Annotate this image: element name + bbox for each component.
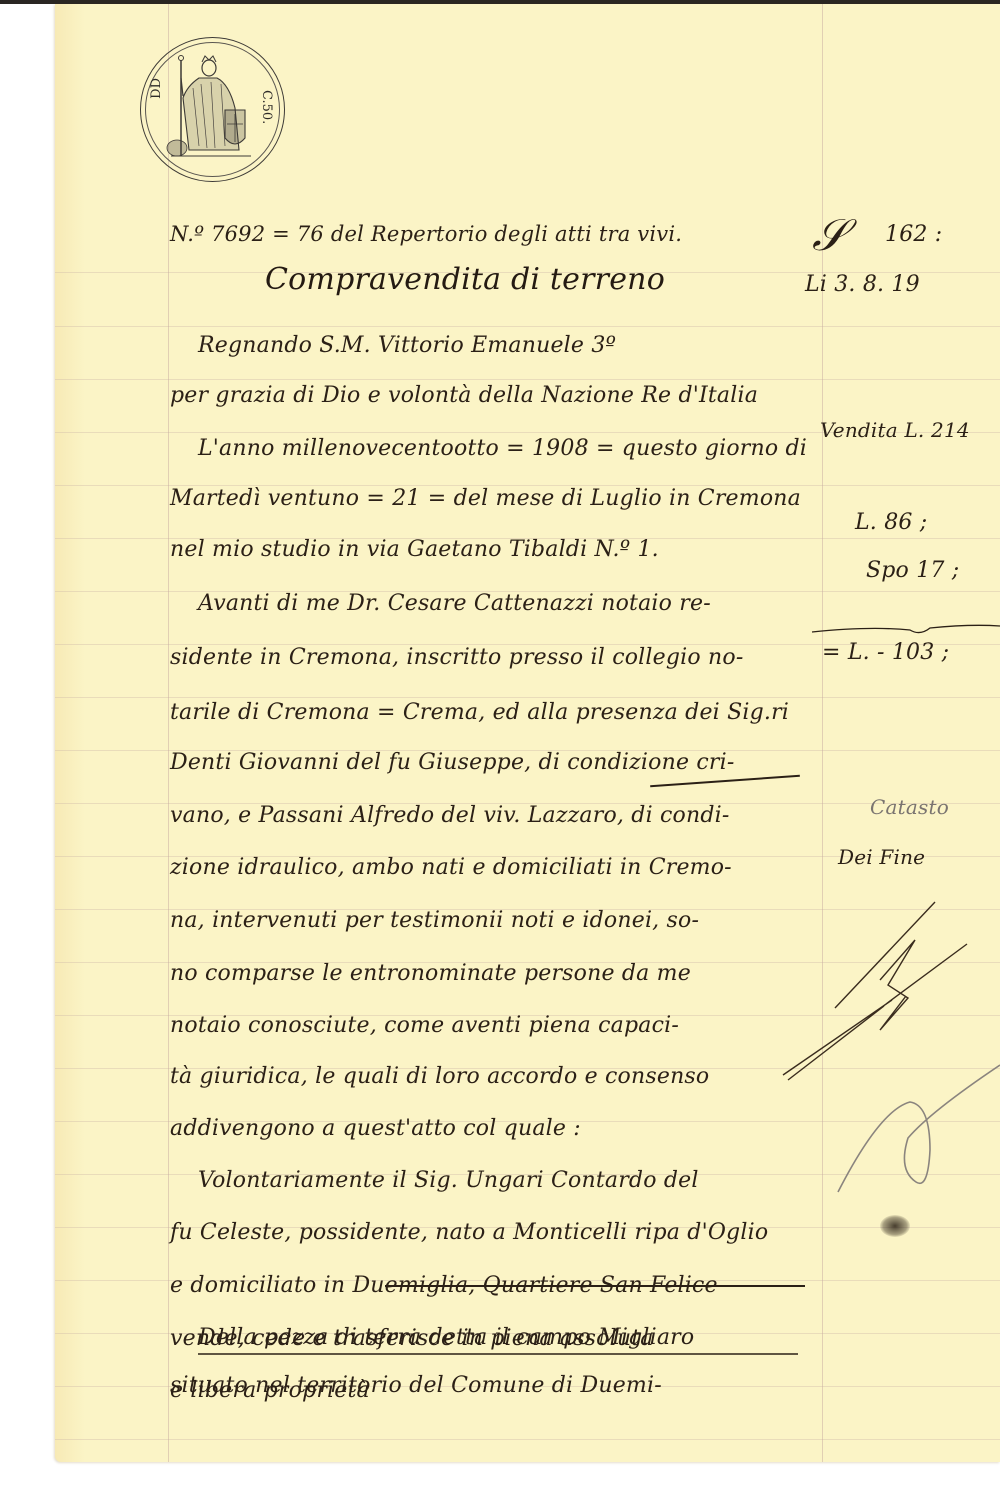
body-line: tà giuridica, le quali di loro accordo e… — [170, 1064, 709, 1089]
registration-number: 162 : — [885, 222, 942, 247]
stamp-value-text: C.50. — [259, 90, 274, 124]
ruled-line — [55, 379, 1000, 380]
body-line: L'anno millenovecentootto = 1908 = quest… — [198, 436, 807, 461]
body-line: addivengono a quest'atto col quale : — [170, 1116, 581, 1141]
body-line: fu Celeste, possidente, nato a Monticell… — [170, 1220, 768, 1245]
repertory-number: N.º 7692 = 76 del Repertorio degli atti … — [170, 222, 682, 246]
notary-signature — [780, 880, 1000, 1240]
registration-symbol: 𝒮 — [812, 210, 846, 261]
body-line: Martedì ventuno = 21 = del mese di Lugli… — [170, 486, 801, 511]
body-line: zione idraulico, ambo nati e domiciliati… — [170, 855, 732, 880]
body-line: na, intervenuti per testimonii noti e id… — [170, 908, 699, 933]
underline-mark — [198, 1353, 798, 1355]
body-line: no comparse le entronominate persone da … — [170, 961, 691, 986]
total-amount: = L. - 103 ; — [822, 640, 949, 665]
body-line: per grazia di Dio e volontà della Nazion… — [170, 383, 758, 408]
margin-note: Dei Fine — [838, 845, 925, 869]
body-line: tarile di Cremona = Crema, ed alla prese… — [170, 700, 789, 725]
fee-2: Spo 17 ; — [866, 558, 959, 583]
body-line: notaio conosciute, come aventi piena cap… — [170, 1013, 679, 1038]
line-filler-dash — [385, 1285, 805, 1287]
ruled-line — [55, 326, 1000, 327]
body-line: Regnando S.M. Vittorio Emanuele 3º — [198, 333, 616, 358]
body-line: nel mio studio in via Gaetano Tibaldi N.… — [170, 537, 659, 562]
pencil-note-catasto: Catasto — [870, 795, 949, 819]
revenue-stamp: DD C.50. — [140, 37, 285, 182]
left-margin-line — [168, 4, 169, 1462]
body-line: Volontariamente il Sig. Ungari Contardo … — [198, 1168, 699, 1193]
sale-amount: Vendita L. 214 — [820, 418, 970, 442]
fee-1: L. 86 ; — [855, 510, 927, 535]
registration-date: Li 3. 8. 19 — [805, 272, 920, 297]
document-title: Compravendita di terreno — [265, 262, 665, 297]
ink-smudge — [880, 1215, 910, 1237]
body-line: sidente in Cremona, inscritto presso il … — [170, 645, 743, 670]
body-line: situato nel territorio del Comune di Due… — [170, 1373, 662, 1398]
total-brace-line — [810, 620, 1000, 640]
body-line: vano, e Passani Alfredo del viv. Lazzaro… — [170, 803, 729, 828]
body-line: Denti Giovanni del fu Giuseppe, di condi… — [170, 750, 735, 775]
stamp-left-text: DD — [149, 78, 164, 99]
ruled-line — [55, 697, 1000, 698]
ruled-line — [55, 1439, 1000, 1440]
body-line: Della pezza di terra detta il campo Migl… — [198, 1325, 694, 1350]
body-line: Avanti di me Dr. Cesare Cattenazzi notai… — [198, 591, 711, 616]
